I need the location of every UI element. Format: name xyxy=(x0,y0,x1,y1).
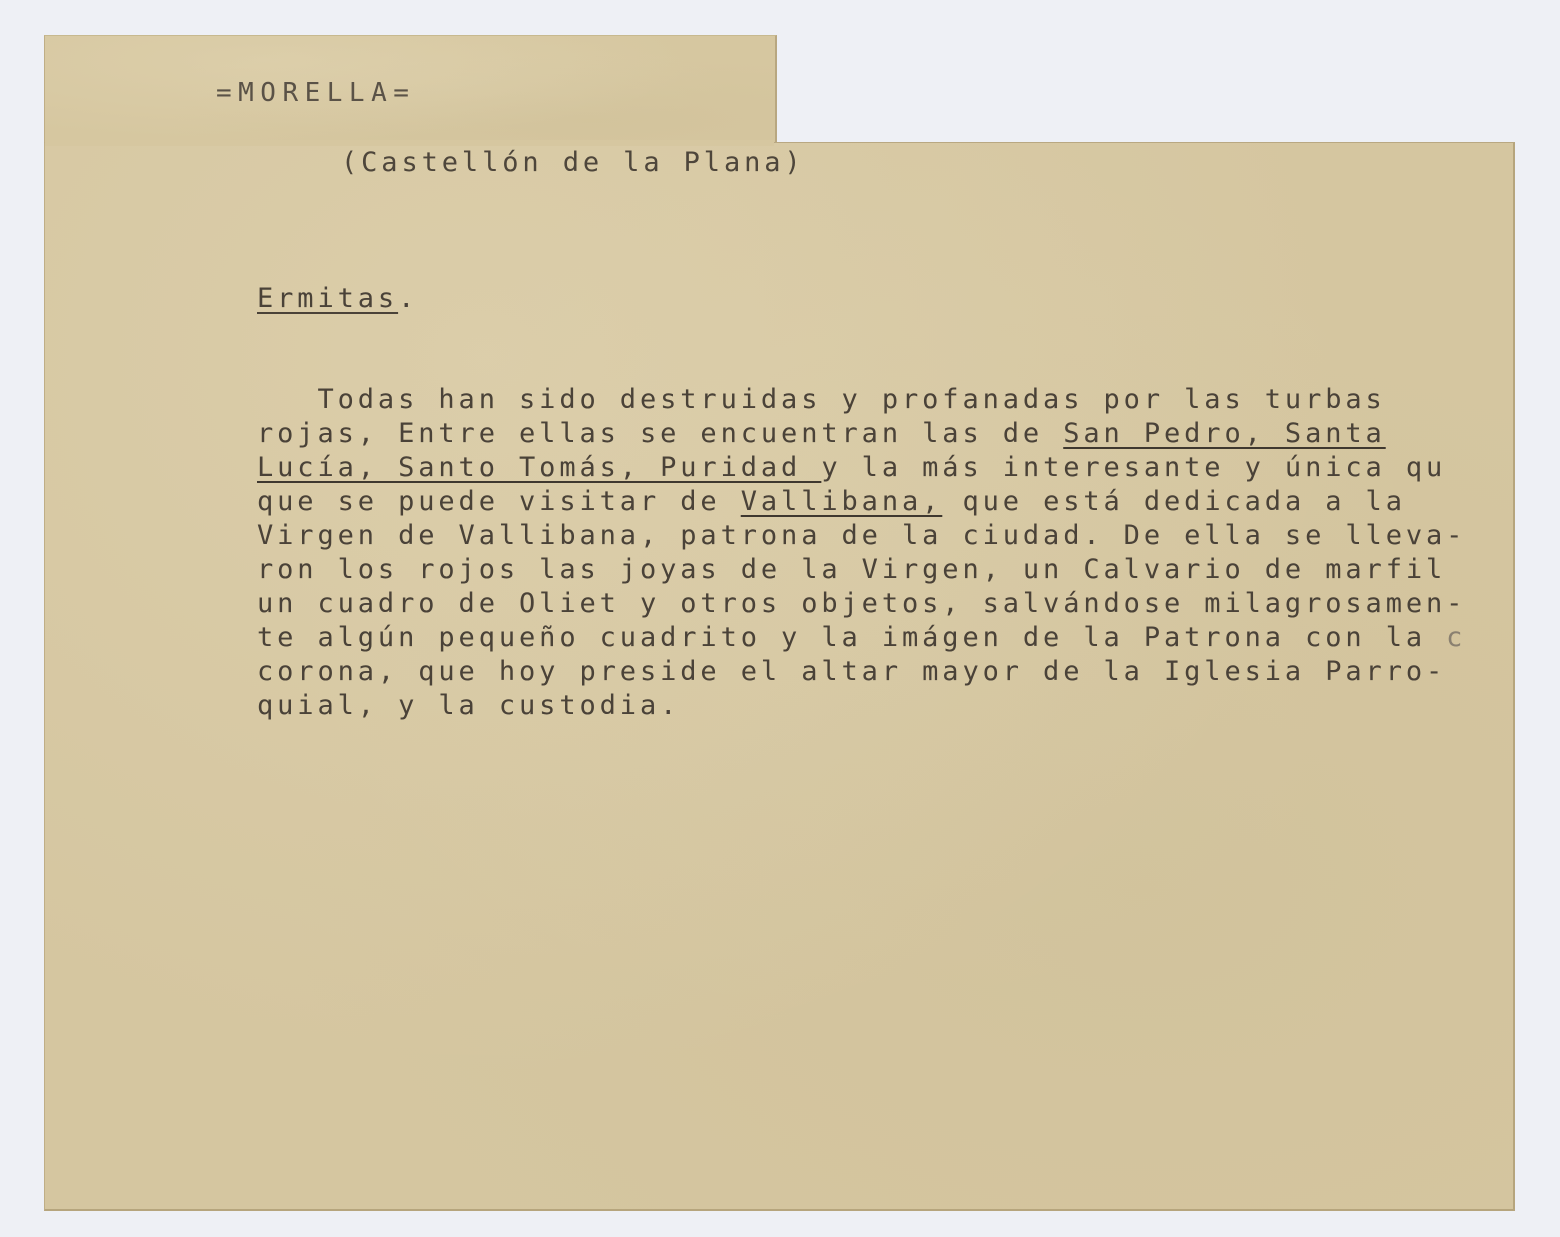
text-segment: quial, y la custodia. xyxy=(257,690,680,721)
text-line: corona, que hoy preside el altar mayor d… xyxy=(257,655,1466,689)
underlined-text: San Pedro, Santa xyxy=(1063,418,1386,449)
text-segment: que se puede visitar de xyxy=(257,486,741,517)
document-subtitle: (Castellón de la Plana) xyxy=(341,146,805,180)
text-segment: un cuadro de Oliet y otros objetos, salv… xyxy=(257,588,1466,619)
text-segment: rojas, Entre ellas se encuentran las de xyxy=(257,418,1063,449)
text-line: un cuadro de Oliet y otros objetos, salv… xyxy=(257,587,1466,621)
text-line: te algún pequeño cuadrito y la imágen de… xyxy=(257,621,1466,655)
text-segment: ron los rojos las joyas de la Virgen, un… xyxy=(257,554,1446,585)
section-heading: Ermitas. xyxy=(257,282,418,316)
text-line: ron los rojos las joyas de la Virgen, un… xyxy=(257,553,1466,587)
text-line: Todas han sido destruidas y profanadas p… xyxy=(257,383,1466,417)
text-segment: Virgen de Vallibana, patrona de la ciuda… xyxy=(257,520,1466,551)
scanned-document: =MORELLA= (Castellón de la Plana) Ermita… xyxy=(0,0,1560,1237)
underlined-text: Vallibana, xyxy=(741,486,943,517)
text-segment: que está dedicada a la xyxy=(942,486,1406,517)
document-title: =MORELLA= xyxy=(216,76,415,110)
text-line: que se puede visitar de Vallibana, que e… xyxy=(257,485,1466,519)
body-paragraph: Todas han sido destruidas y profanadas p… xyxy=(257,383,1466,723)
text-line: Lucía, Santo Tomás, Puridad y la más int… xyxy=(257,451,1466,485)
underlined-text: Lucía, Santo Tomás, Puridad xyxy=(257,452,821,483)
text-line: Virgen de Vallibana, patrona de la ciuda… xyxy=(257,519,1466,553)
text-line: rojas, Entre ellas se encuentran las de … xyxy=(257,417,1466,451)
text-line: quial, y la custodia. xyxy=(257,689,1466,723)
section-heading-text: Ermitas xyxy=(257,283,398,314)
text-segment: y la más interesante y única qu xyxy=(821,452,1446,483)
text-segment: c xyxy=(1446,622,1466,653)
text-segment: corona, que hoy preside el altar mayor d… xyxy=(257,656,1446,687)
section-heading-period: . xyxy=(398,283,418,314)
text-segment: Todas han sido destruidas y profanadas p… xyxy=(257,384,1386,415)
text-segment: te algún pequeño cuadrito y la imágen de… xyxy=(257,622,1446,653)
